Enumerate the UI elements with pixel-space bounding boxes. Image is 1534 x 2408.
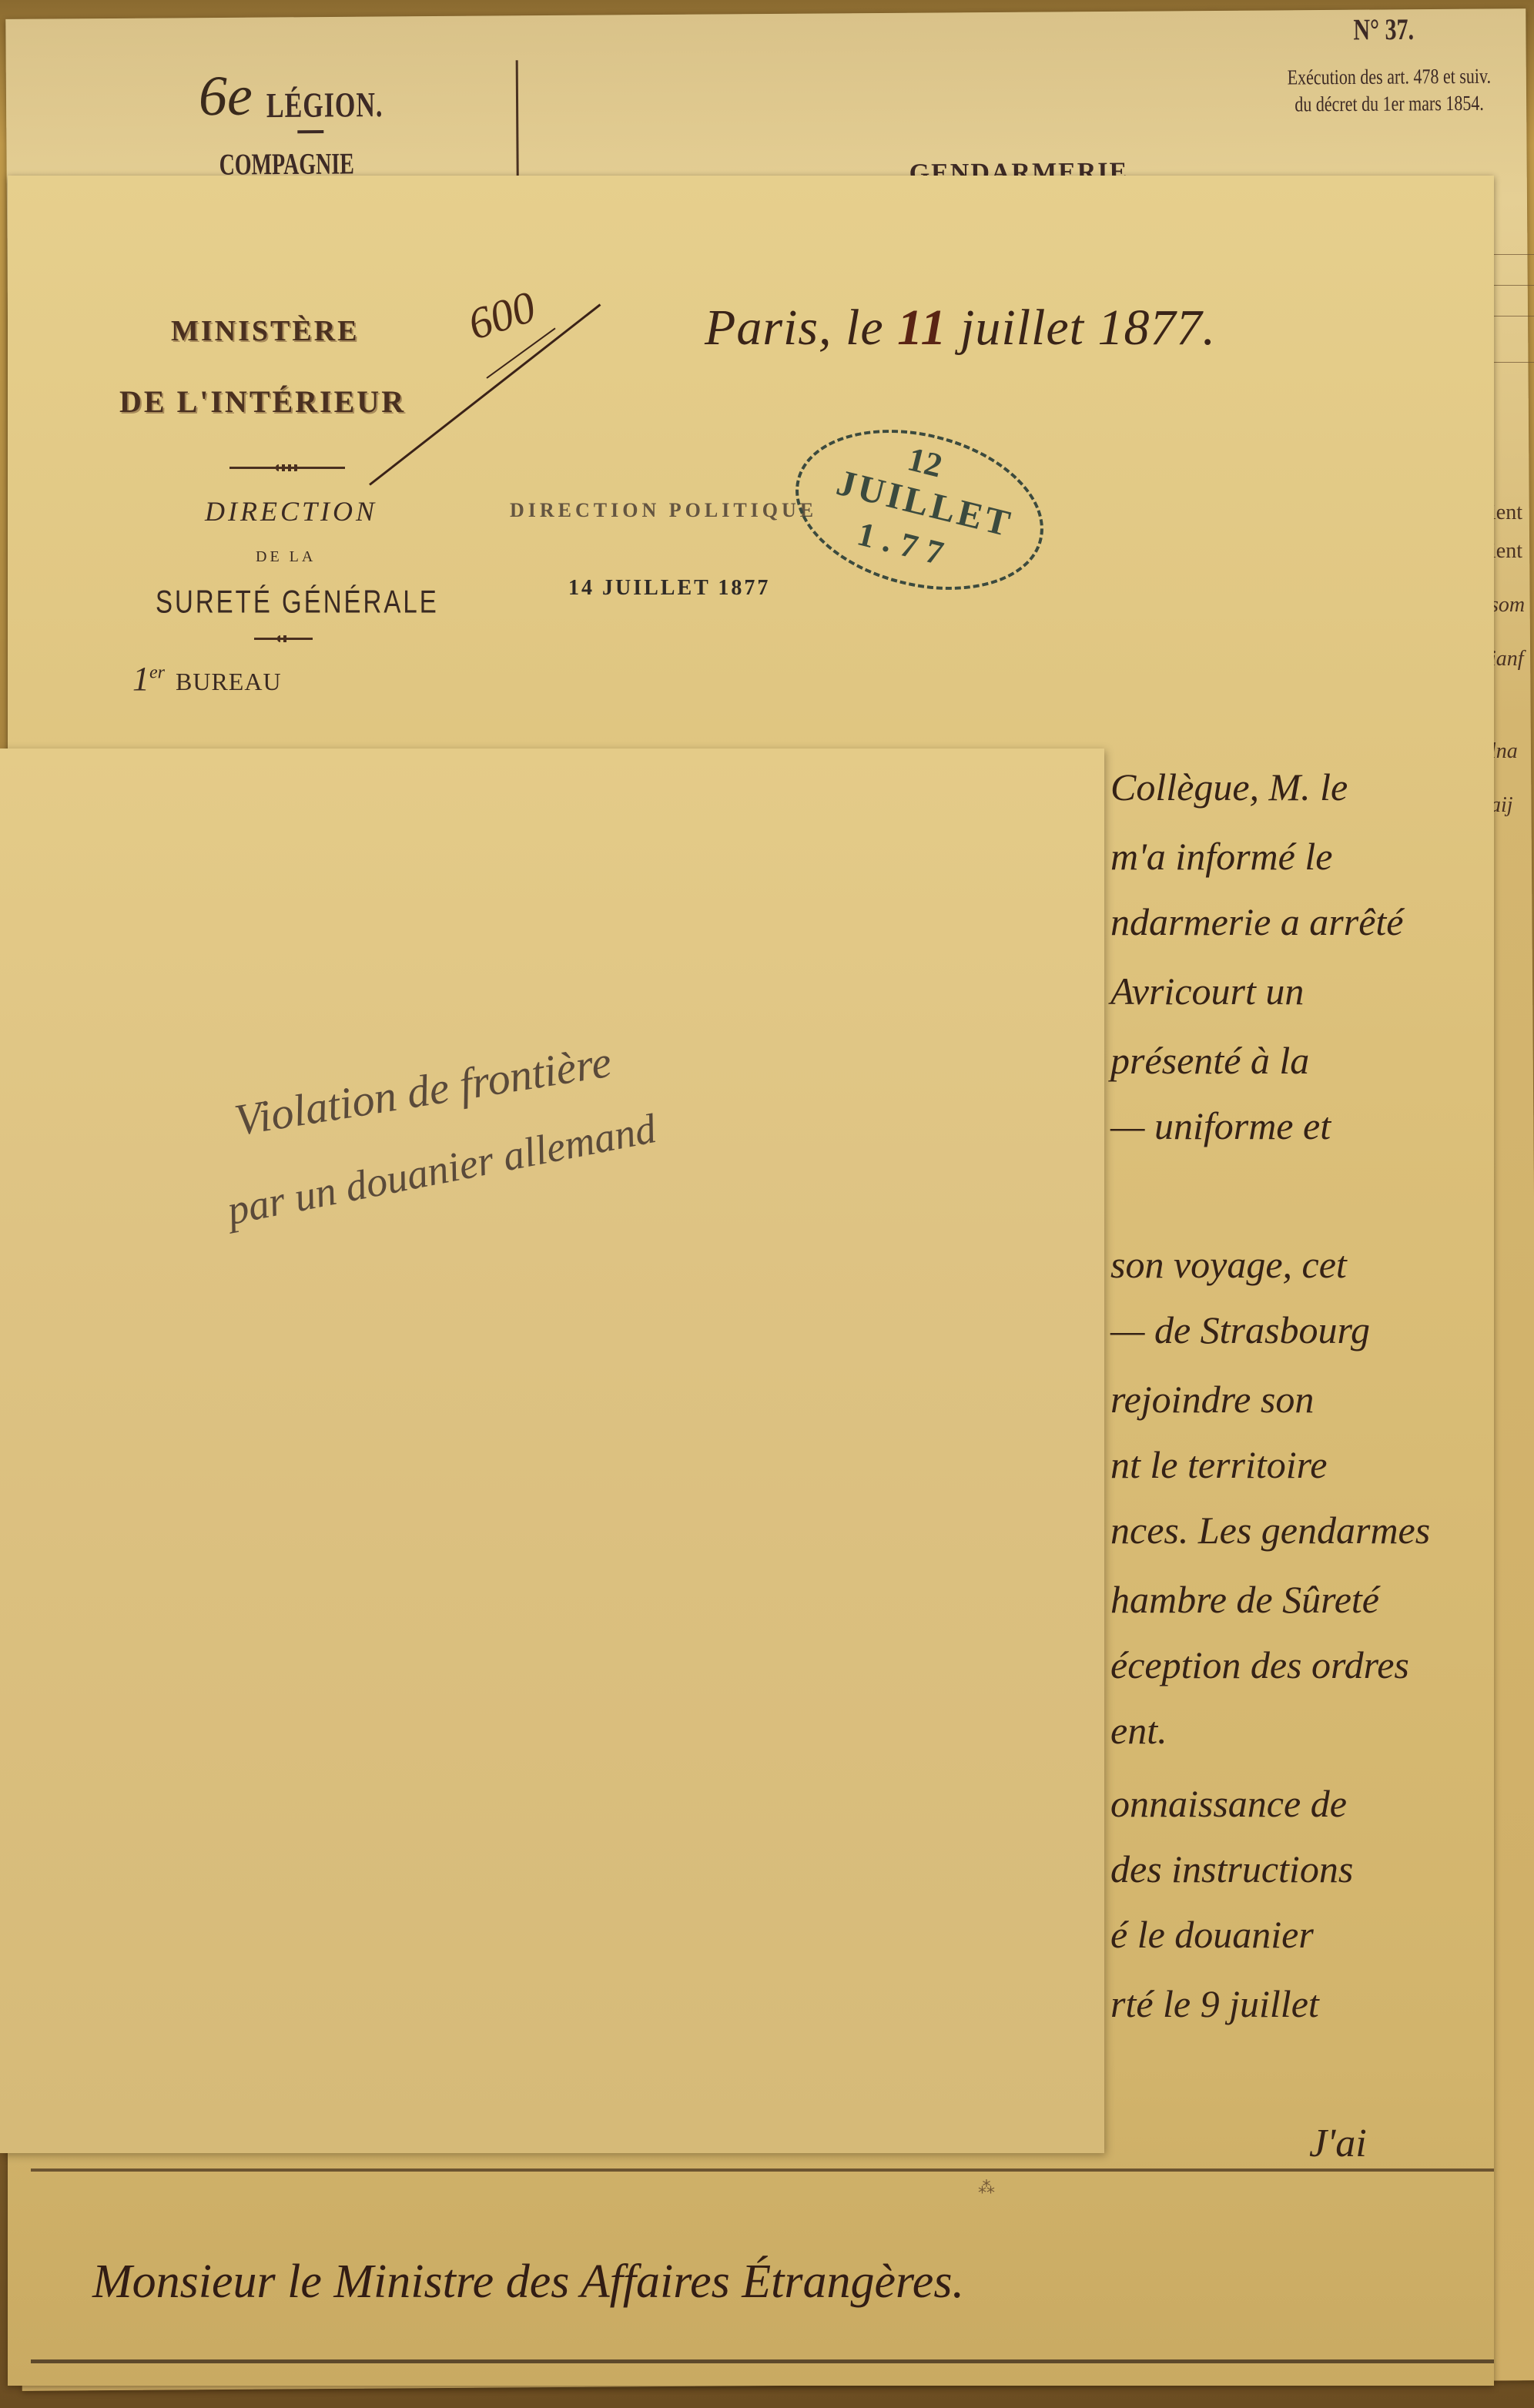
de-la-label: DE LA bbox=[256, 548, 316, 566]
bureau-label: BUREAU bbox=[176, 668, 282, 696]
cover-slip: Violation de frontière par un douanier a… bbox=[0, 749, 1104, 2153]
body-line: — uniforme et bbox=[1110, 1104, 1331, 1148]
place-and-date: Paris, le 11 juillet 1877. bbox=[705, 299, 1216, 357]
ornament-divider bbox=[229, 467, 345, 469]
edge-fragment: ient bbox=[1490, 501, 1522, 525]
ministry-title-line2: DE L'INTÉRIEUR bbox=[119, 383, 406, 420]
ink-smudge: ⁂ bbox=[978, 2178, 995, 2198]
body-line: éception des ordres bbox=[1110, 1643, 1409, 1687]
legion-divider bbox=[297, 130, 323, 133]
direction-stamp-date: 14 JUILLET 1877 bbox=[568, 576, 770, 601]
form-number: N° 37. bbox=[1353, 13, 1414, 48]
body-line: des instructions bbox=[1110, 1847, 1353, 1891]
oval-received-stamp: 12 JUILLET 1.77 bbox=[779, 405, 1060, 614]
body-line: m'a informé le bbox=[1110, 834, 1332, 879]
edge-fragment: som bbox=[1490, 593, 1525, 618]
edge-ruling bbox=[1490, 285, 1534, 286]
edge-ruling bbox=[1490, 316, 1534, 316]
direction-politique-stamp: DIRECTION POLITIQUE bbox=[510, 499, 817, 522]
ornament-divider-small bbox=[254, 638, 313, 640]
direction-label: DIRECTION bbox=[205, 495, 377, 527]
ministry-title-line1: MINISTÈRE bbox=[171, 314, 360, 348]
body-line: — de Strasbourg bbox=[1110, 1308, 1370, 1352]
bureau-number: 1er bbox=[132, 659, 165, 698]
execution-line-2: du décret du 1er mars 1854. bbox=[1235, 89, 1534, 119]
form-execution-note: Exécution des art. 478 et suiv. du décre… bbox=[1235, 62, 1534, 119]
body-line: é le douanier bbox=[1110, 1912, 1314, 1957]
bottom-fold-line bbox=[31, 2359, 1494, 2363]
body-line: nt le territoire bbox=[1110, 1442, 1327, 1487]
execution-line-1: Exécution des art. 478 et suiv. bbox=[1235, 62, 1534, 92]
closing-salutation: J'ai bbox=[1309, 2121, 1367, 2166]
date-month-year: juillet 1877. bbox=[960, 300, 1216, 356]
edge-ruling bbox=[1490, 254, 1534, 255]
body-line: rté le 9 juillet bbox=[1110, 1981, 1319, 2026]
fold-line bbox=[31, 2169, 1494, 2172]
legion-header: 6e LÉGION. bbox=[199, 63, 383, 130]
body-line: onnaissance de bbox=[1110, 1781, 1347, 1826]
body-line: Collègue, M. le bbox=[1110, 765, 1348, 809]
surete-generale-label: SURETÉ GÉNÉRALE bbox=[156, 584, 439, 621]
edge-fragment: ianf bbox=[1490, 647, 1524, 671]
body-line: hambre de Sûreté bbox=[1110, 1577, 1379, 1622]
reference-number: 600 bbox=[462, 280, 541, 350]
edge-ruling bbox=[1490, 362, 1534, 363]
body-line: présenté à la bbox=[1110, 1038, 1309, 1083]
body-line: nces. Les gendarmes bbox=[1110, 1508, 1430, 1552]
date-day: 11 bbox=[897, 300, 946, 356]
addressee-line: Monsieur le Ministre des Affaires Étrang… bbox=[92, 2255, 964, 2309]
body-line: Avricourt un bbox=[1110, 969, 1304, 1013]
body-line: son voyage, cet bbox=[1110, 1242, 1347, 1287]
body-line: ndarmerie a arrêté bbox=[1110, 899, 1404, 944]
bureau-line: 1er BUREAU bbox=[132, 659, 282, 698]
legion-label: LÉGION. bbox=[266, 86, 383, 126]
body-line: rejoindre son bbox=[1110, 1377, 1314, 1422]
edge-fragment: ient bbox=[1490, 539, 1522, 564]
place-prefix: Paris, le bbox=[705, 300, 884, 356]
edge-fragment: lna bbox=[1490, 739, 1518, 764]
legion-number: 6e bbox=[199, 64, 253, 129]
body-line: ent. bbox=[1110, 1708, 1167, 1753]
